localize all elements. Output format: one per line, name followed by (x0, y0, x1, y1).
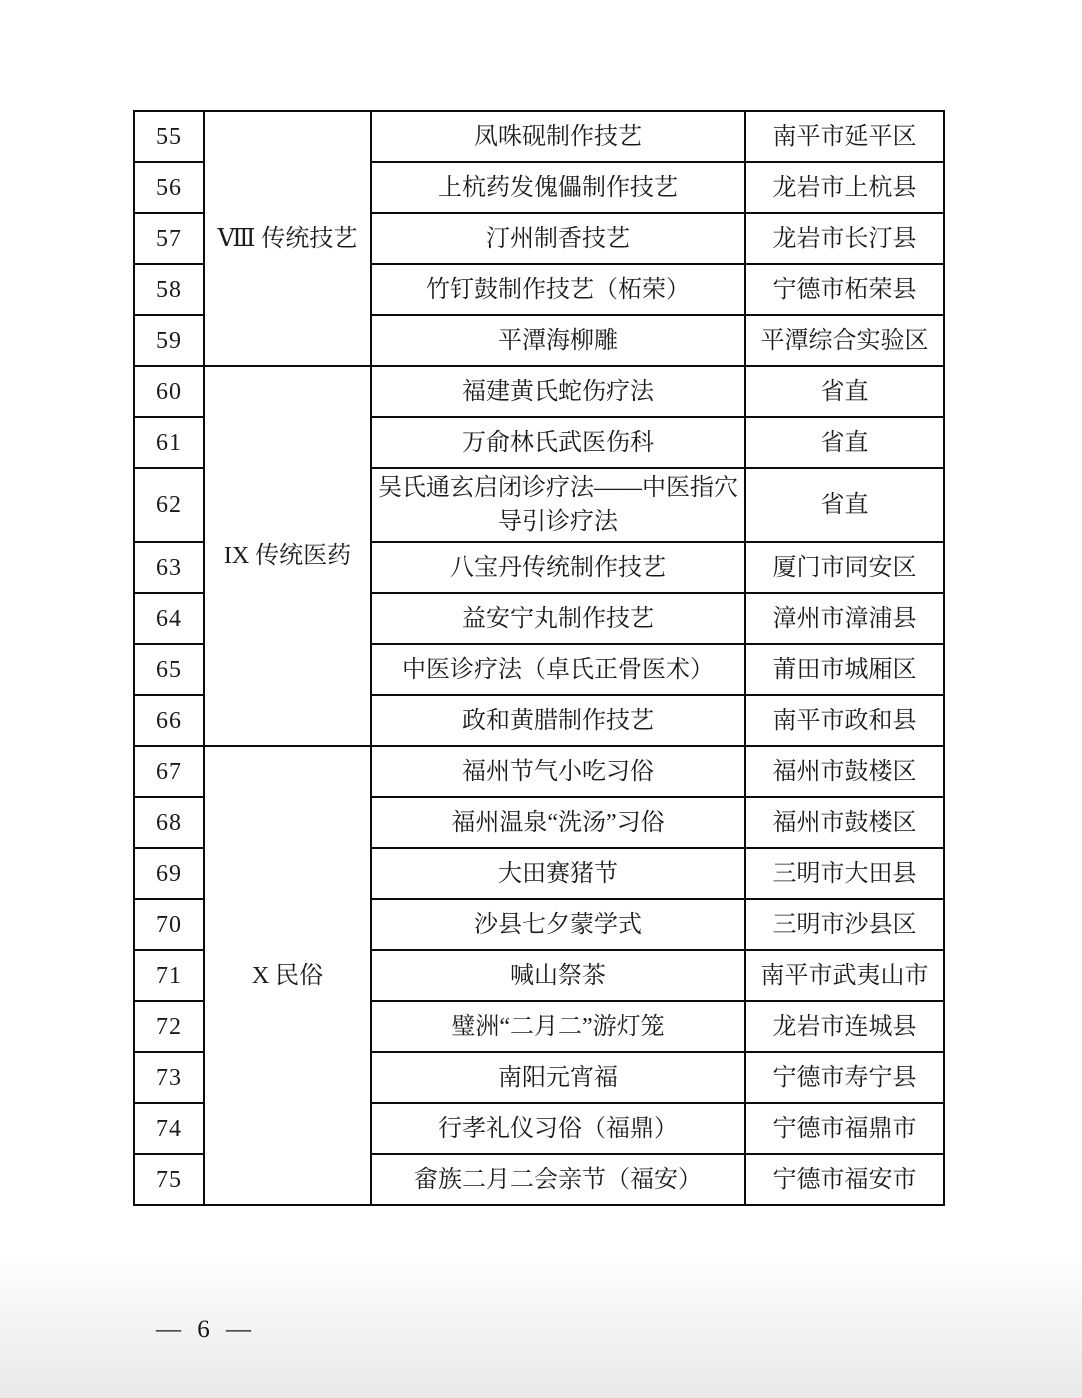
item-name-cell: 福建黄氏蛇伤疗法 (371, 366, 745, 417)
region-cell: 宁德市寿宁县 (745, 1052, 944, 1103)
row-number-cell: 61 (134, 417, 204, 468)
table-row: 67X 民俗福州节气小吃习俗福州市鼓楼区 (134, 746, 944, 797)
item-name-cell: 沙县七夕蒙学式 (371, 899, 745, 950)
row-number-cell: 72 (134, 1001, 204, 1052)
region-cell: 省直 (745, 366, 944, 417)
heritage-table: 55Ⅷ 传统技艺凤咮砚制作技艺南平市延平区56上杭药发傀儡制作技艺龙岩市上杭县5… (133, 110, 945, 1206)
item-name-cell: 上杭药发傀儡制作技艺 (371, 162, 745, 213)
row-number-cell: 55 (134, 111, 204, 162)
region-cell: 宁德市福鼎市 (745, 1103, 944, 1154)
item-name-cell: 福州节气小吃习俗 (371, 746, 745, 797)
region-cell: 漳州市漳浦县 (745, 593, 944, 644)
region-cell: 三明市沙县区 (745, 899, 944, 950)
item-name-cell: 万俞林氏武医伤科 (371, 417, 745, 468)
row-number-cell: 65 (134, 644, 204, 695)
row-number-cell: 75 (134, 1154, 204, 1205)
row-number-cell: 57 (134, 213, 204, 264)
row-number-cell: 62 (134, 468, 204, 542)
region-cell: 宁德市福安市 (745, 1154, 944, 1205)
item-name-cell: 吴氏通玄启闭诊疗法——中医指穴导引诊疗法 (371, 468, 745, 542)
row-number-cell: 69 (134, 848, 204, 899)
row-number-cell: 74 (134, 1103, 204, 1154)
item-name-cell: 南阳元宵福 (371, 1052, 745, 1103)
row-number-cell: 70 (134, 899, 204, 950)
row-number-cell: 67 (134, 746, 204, 797)
region-cell: 省直 (745, 468, 944, 542)
region-cell: 三明市大田县 (745, 848, 944, 899)
table-row: 60IX 传统医药福建黄氏蛇伤疗法省直 (134, 366, 944, 417)
item-name-cell: 福州温泉“洗汤”习俗 (371, 797, 745, 848)
row-number-cell: 64 (134, 593, 204, 644)
item-name-cell: 中医诊疗法（卓氏正骨医术） (371, 644, 745, 695)
item-name-cell: 平潭海柳雕 (371, 315, 745, 366)
category-cell: IX 传统医药 (204, 366, 371, 746)
row-number-cell: 58 (134, 264, 204, 315)
item-name-cell: 政和黄腊制作技艺 (371, 695, 745, 746)
document-page: 55Ⅷ 传统技艺凤咮砚制作技艺南平市延平区56上杭药发傀儡制作技艺龙岩市上杭县5… (0, 0, 1082, 1398)
region-cell: 南平市延平区 (745, 111, 944, 162)
category-cell: Ⅷ 传统技艺 (204, 111, 371, 366)
region-cell: 平潭综合实验区 (745, 315, 944, 366)
region-cell: 龙岩市上杭县 (745, 162, 944, 213)
heritage-table-body: 55Ⅷ 传统技艺凤咮砚制作技艺南平市延平区56上杭药发傀儡制作技艺龙岩市上杭县5… (134, 111, 944, 1205)
region-cell: 南平市政和县 (745, 695, 944, 746)
region-cell: 莆田市城厢区 (745, 644, 944, 695)
row-number-cell: 59 (134, 315, 204, 366)
item-name-cell: 大田赛猪节 (371, 848, 745, 899)
table-row: 55Ⅷ 传统技艺凤咮砚制作技艺南平市延平区 (134, 111, 944, 162)
item-name-cell: 八宝丹传统制作技艺 (371, 542, 745, 593)
item-name-cell: 畲族二月二会亲节（福安） (371, 1154, 745, 1205)
item-name-cell: 益安宁丸制作技艺 (371, 593, 745, 644)
row-number-cell: 66 (134, 695, 204, 746)
item-name-cell: 竹钉鼓制作技艺（柘荣） (371, 264, 745, 315)
row-number-cell: 60 (134, 366, 204, 417)
region-cell: 福州市鼓楼区 (745, 797, 944, 848)
region-cell: 厦门市同安区 (745, 542, 944, 593)
row-number-cell: 63 (134, 542, 204, 593)
row-number-cell: 73 (134, 1052, 204, 1103)
item-name-cell: 行孝礼仪习俗（福鼎） (371, 1103, 745, 1154)
category-cell: X 民俗 (204, 746, 371, 1205)
region-cell: 省直 (745, 417, 944, 468)
region-cell: 龙岩市长汀县 (745, 213, 944, 264)
region-cell: 福州市鼓楼区 (745, 746, 944, 797)
region-cell: 南平市武夷山市 (745, 950, 944, 1001)
page-number: — 6 — (156, 1316, 256, 1344)
row-number-cell: 71 (134, 950, 204, 1001)
region-cell: 龙岩市连城县 (745, 1001, 944, 1052)
region-cell: 宁德市柘荣县 (745, 264, 944, 315)
item-name-cell: 喊山祭茶 (371, 950, 745, 1001)
row-number-cell: 56 (134, 162, 204, 213)
item-name-cell: 汀州制香技艺 (371, 213, 745, 264)
row-number-cell: 68 (134, 797, 204, 848)
item-name-cell: 璧洲“二月二”游灯笼 (371, 1001, 745, 1052)
item-name-cell: 凤咮砚制作技艺 (371, 111, 745, 162)
